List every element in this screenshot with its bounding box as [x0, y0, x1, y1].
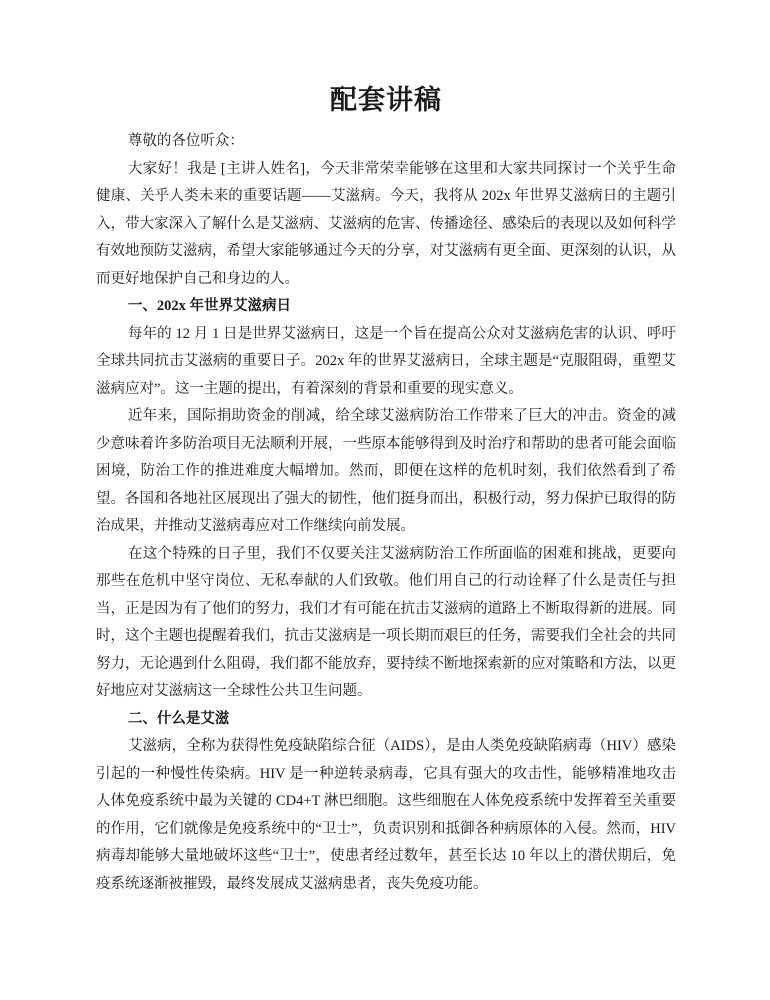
section-2-heading: 二、什么是艾滋	[96, 706, 676, 734]
section-1-paragraph-1: 每年的 12 月 1 日是世界艾滋病日，这是一个旨在提高公众对艾滋病危害的认识、…	[96, 321, 676, 404]
document-title: 配套讲稿	[96, 82, 676, 118]
document-page: 配套讲稿 尊敬的各位听众： 大家好！我是 [主讲人姓名]，今天非常荣幸能够在这里…	[0, 0, 770, 1000]
section-1-heading: 一、202x 年世界艾滋病日	[96, 293, 676, 321]
salutation-line: 尊敬的各位听众：	[96, 128, 676, 156]
section-2-paragraph-1: 艾滋病，全称为获得性免疫缺陷综合征（AIDS），是由人类免疫缺陷病毒（HIV）感…	[96, 733, 676, 898]
section-1-paragraph-2: 近年来，国际捐助资金的削减，给全球艾滋病防治工作带来了巨大的冲击。资金的减少意味…	[96, 403, 676, 541]
section-1-paragraph-3: 在这个特殊的日子里，我们不仅要关注艾滋病防治工作所面临的困难和挑战，更要向那些在…	[96, 541, 676, 706]
intro-paragraph: 大家好！我是 [主讲人姓名]，今天非常荣幸能够在这里和大家共同探讨一个关乎生命健…	[96, 156, 676, 294]
